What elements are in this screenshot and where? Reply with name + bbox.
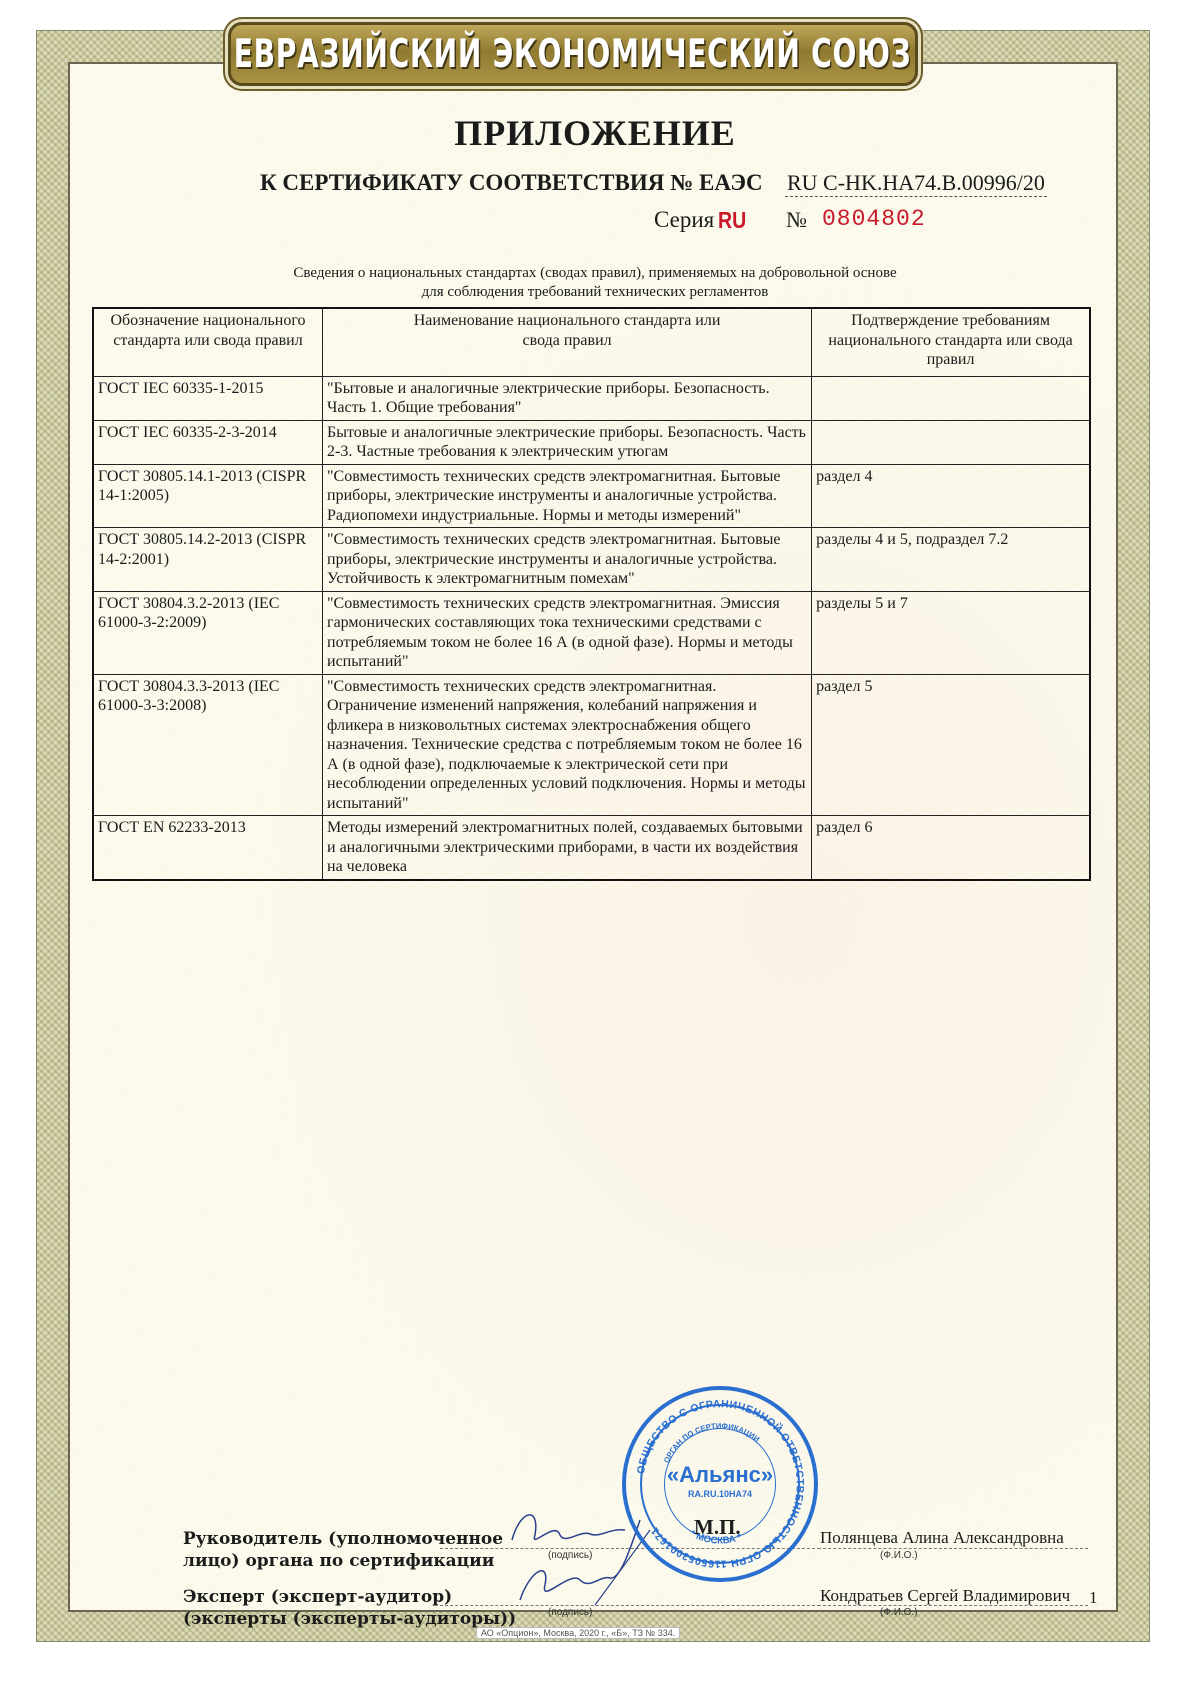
- standard-code-cell: ГОСТ 30805.14.2-2013 (CISPR 14-2:2001): [93, 528, 323, 592]
- standard-name-cell: Методы измерений электромагнитных полей,…: [323, 816, 812, 880]
- intro-text: Сведения о национальных стандартах (свод…: [0, 264, 1190, 302]
- standards-table: Обозначение национального стандарта или …: [92, 307, 1091, 881]
- head-label-line-2: лицо) органа по сертификации: [183, 1550, 503, 1572]
- intro-line-2: для соблюдения требований технических ре…: [0, 283, 1190, 302]
- standard-name-cell: "Совместимость технических средств элект…: [323, 591, 812, 674]
- table-row: ГОСТ 30805.14.2-2013 (CISPR 14-2:2001)"С…: [93, 528, 1090, 592]
- svg-text:ОРГАН ПО СЕРТИФИКАЦИИ: ОРГАН ПО СЕРТИФИКАЦИИ: [662, 1421, 761, 1464]
- column-header-code: Обозначение национального стандарта или …: [93, 308, 323, 376]
- union-banner: ЕВРАЗИЙСКИЙ ЭКОНОМИЧЕСКИЙ СОЮЗ: [228, 22, 918, 86]
- expert-name-caption: (Ф.И.О.): [880, 1607, 918, 1618]
- head-label-line-1: Руководитель (уполномоченное: [183, 1528, 503, 1550]
- series-value: RU: [718, 207, 746, 234]
- column-header-confirmation: Подтверждение требованиям национального …: [812, 308, 1090, 376]
- table-row: ГОСТ IEC 60335-1-2015"Бытовые и аналогич…: [93, 376, 1090, 420]
- standard-name-cell: Бытовые и аналогичные электрические приб…: [323, 420, 812, 464]
- intro-line-1: Сведения о национальных стандартах (свод…: [0, 264, 1190, 283]
- head-name-caption: (Ф.И.О.): [880, 1550, 918, 1561]
- confirmation-cell: раздел 5: [812, 674, 1090, 816]
- standard-name-cell: "Совместимость технических средств элект…: [323, 464, 812, 528]
- standard-name-cell: "Совместимость технических средств элект…: [323, 528, 812, 592]
- blank-number: 0804802: [822, 206, 926, 232]
- standard-name-cell: "Бытовые и аналогичные электрические при…: [323, 376, 812, 420]
- stamp-organization-name: «Альянс»: [626, 1462, 814, 1488]
- confirmation-cell: раздел 4: [812, 464, 1090, 528]
- standard-code-cell: ГОСТ 30804.3.2-2013 (IEC 61000-3-2:2009): [93, 591, 323, 674]
- table-row: ГОСТ EN 62233-2013Методы измерений элект…: [93, 816, 1090, 880]
- table-header-row: Обозначение национального стандарта или …: [93, 308, 1090, 376]
- certificate-subtitle: К СЕРТИФИКАТУ СООТВЕТСТВИЯ № ЕАЭС: [260, 170, 763, 196]
- certification-body-stamp: ОБЩЕСТВО С ОГРАНИЧЕННОЙ ОТВЕТСТВЕННОСТЬЮ…: [622, 1386, 818, 1582]
- number-sign: №: [786, 207, 807, 233]
- table-row: ГОСТ 30805.14.1-2013 (CISPR 14-1:2005)"С…: [93, 464, 1090, 528]
- standard-code-cell: ГОСТ 30805.14.1-2013 (CISPR 14-1:2005): [93, 464, 323, 528]
- head-name-line: [818, 1548, 1088, 1549]
- column-header-name: Наименование национального стандарта или…: [323, 308, 812, 376]
- series-label: Серия: [654, 207, 714, 233]
- confirmation-cell: разделы 4 и 5, подраздел 7.2: [812, 528, 1090, 592]
- standard-code-cell: ГОСТ EN 62233-2013: [93, 816, 323, 880]
- head-full-name: Полянцева Алина Александровна: [820, 1528, 1064, 1548]
- certificate-number: RU С-HK.НА74.В.00996/20: [785, 170, 1047, 197]
- confirmation-cell: [812, 420, 1090, 464]
- expert-full-name: Кондратьев Сергей Владимирович: [820, 1586, 1070, 1606]
- confirmation-cell: разделы 5 и 7: [812, 591, 1090, 674]
- confirmation-cell: [812, 376, 1090, 420]
- stamp-accreditation-code: RA.RU.10НА74: [626, 1489, 814, 1499]
- head-label: Руководитель (уполномоченное лицо) орган…: [183, 1528, 503, 1572]
- standard-code-cell: ГОСТ 30804.3.3-2013 (IEC 61000-3-3:2008): [93, 674, 323, 816]
- seal-place-label: М.П.: [694, 1515, 741, 1540]
- standard-code-cell: ГОСТ IEC 60335-2-3-2014: [93, 420, 323, 464]
- page-title: ПРИЛОЖЕНИЕ: [0, 112, 1190, 154]
- standard-code-cell: ГОСТ IEC 60335-1-2015: [93, 376, 323, 420]
- expert-label-line-2: (эксперты (эксперты-аудиторы)): [183, 1608, 516, 1630]
- expert-label: Эксперт (эксперт-аудитор) (эксперты (экс…: [183, 1586, 516, 1630]
- table-row: ГОСТ 30804.3.2-2013 (IEC 61000-3-2:2009)…: [93, 591, 1090, 674]
- table-row: ГОСТ IEC 60335-2-3-2014Бытовые и аналоги…: [93, 420, 1090, 464]
- confirmation-cell: раздел 6: [812, 816, 1090, 880]
- table-row: ГОСТ 30804.3.3-2013 (IEC 61000-3-3:2008)…: [93, 674, 1090, 816]
- standard-name-cell: "Совместимость технических средств элект…: [323, 674, 812, 816]
- printer-imprint: АО «Опцион», Москва, 2020 г., «Б», ТЗ № …: [476, 1627, 680, 1639]
- page-number: 1: [1089, 1588, 1098, 1608]
- banner-text: ЕВРАЗИЙСКИЙ ЭКОНОМИЧЕСКИЙ СОЮЗ: [234, 32, 912, 77]
